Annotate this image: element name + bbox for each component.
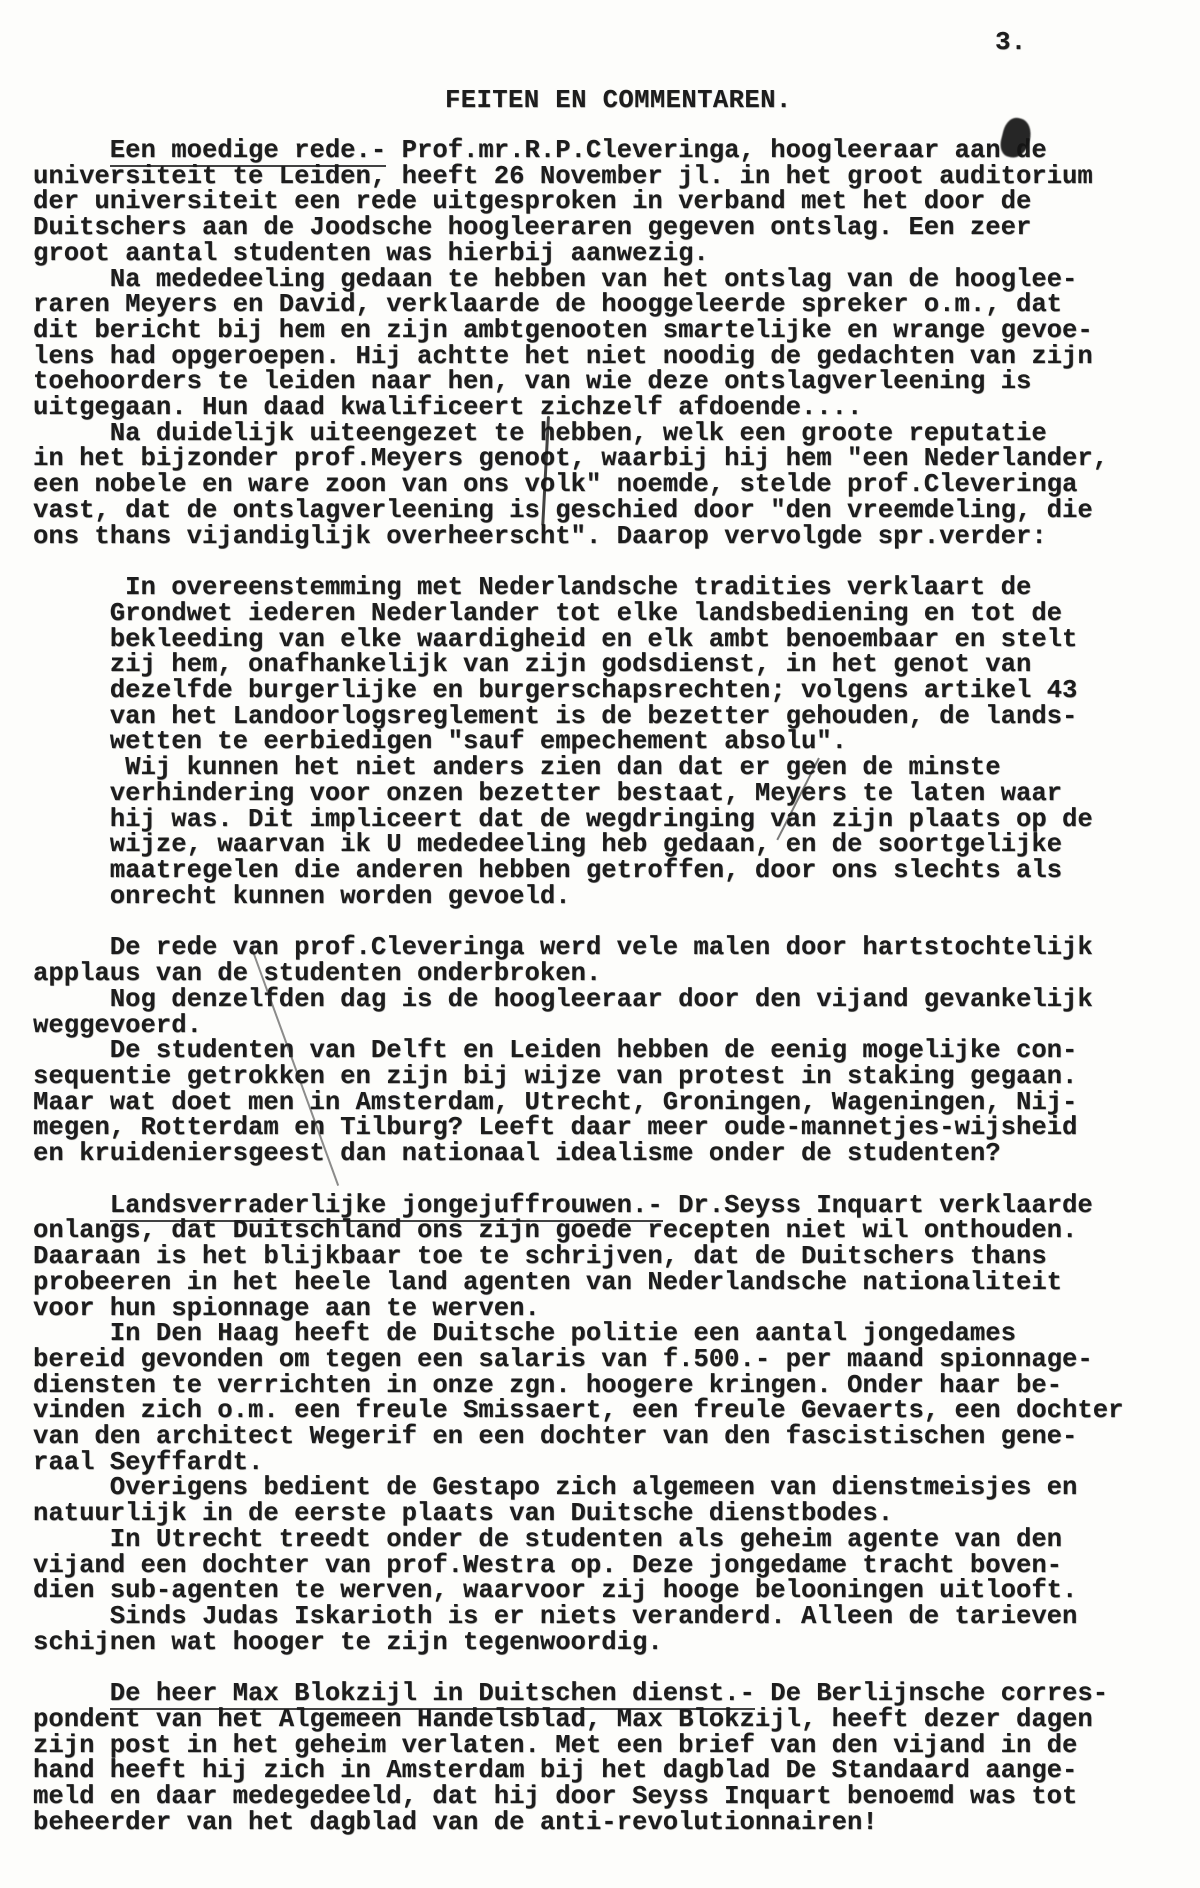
paragraph: De rede van prof.Cleveringa werd vele ma…: [33, 935, 1183, 1166]
page-title: FEITEN EN COMMENTAREN.: [445, 88, 792, 114]
article-heading-rest: Prof.mr.R.P.Cleveringa, hoogleeraar aan …: [386, 136, 1046, 165]
article-heading-line: Landsverraderlijke jongejuffrouwen.- Dr.…: [33, 1193, 1183, 1219]
paragraph: onlangs, dat Duitschland ons zijn goede …: [33, 1218, 1183, 1655]
paragraph: universiteit te Leiden, heeft 26 Novembe…: [33, 164, 1183, 550]
paragraph: pondent van het Algemeen Handelsblad, Ma…: [33, 1707, 1183, 1836]
article-heading-line: Een moedige rede.- Prof.mr.R.P.Clevering…: [33, 138, 1183, 164]
article-heading-rest: Dr.Seyss Inquart verklaarde: [663, 1191, 1093, 1220]
quoted-speech-block: In overeenstemming met Nederlandsche tra…: [33, 575, 1183, 909]
article-max-blokzijl: De heer Max Blokzijl in Duitschen dienst…: [33, 1681, 1183, 1835]
article-courageous-speech: Een moedige rede.- Prof.mr.R.P.Clevering…: [33, 138, 1183, 1167]
article-heading-line: De heer Max Blokzijl in Duitschen dienst…: [33, 1681, 1183, 1707]
article-heading-rest: De Berlijnsche corres-: [755, 1679, 1108, 1708]
article-treasonous-young-ladies: Landsverraderlijke jongejuffrouwen.- Dr.…: [33, 1193, 1183, 1656]
heading-indent: [33, 1191, 110, 1220]
page-number: 3.: [995, 30, 1026, 56]
document-body: Een moedige rede.- Prof.mr.R.P.Clevering…: [33, 138, 1183, 1836]
scanned-document-page: 3. FEITEN EN COMMENTAREN. Een moedige re…: [0, 0, 1200, 1888]
heading-indent: [33, 136, 110, 165]
heading-indent: [33, 1679, 110, 1708]
